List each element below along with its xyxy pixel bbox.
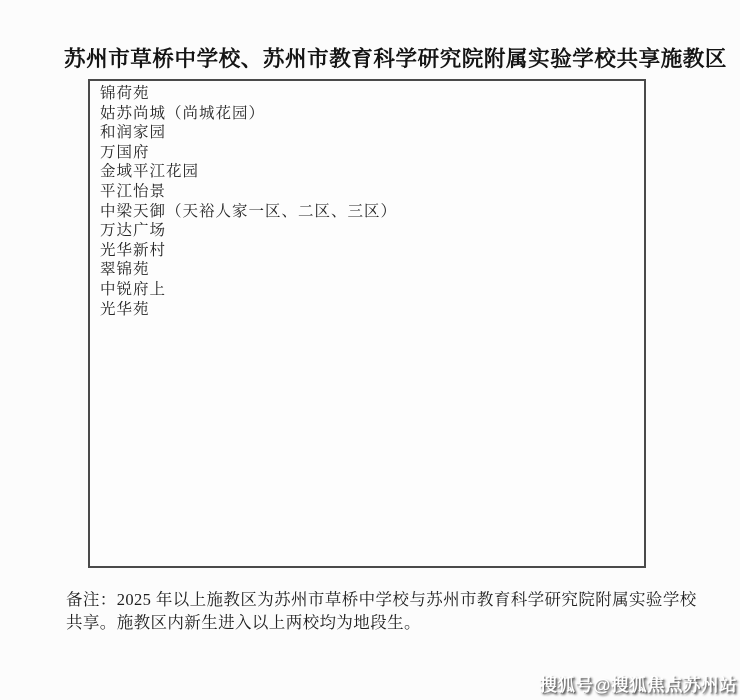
district-list-item: 光华新村 <box>100 241 634 261</box>
district-list-item: 平江怡景 <box>100 182 634 202</box>
page-title: 苏州市草桥中学校、苏州市教育科学研究院附属实验学校共享施教区 <box>64 42 740 73</box>
district-list-item: 万国府 <box>100 143 634 163</box>
district-list-item: 万达广场 <box>100 221 634 241</box>
document-page: 苏州市草桥中学校、苏州市教育科学研究院附属实验学校共享施教区 锦荷苑 姑苏尚城（… <box>0 0 740 700</box>
district-list-box: 锦荷苑 姑苏尚城（尚城花园） 和润家园 万国府 金域平江花园 平江怡景 中梁天御… <box>88 79 646 568</box>
footnote-line-2: 共享。施教区内新生进入以上两校均为地段生。 <box>66 612 706 635</box>
footnote: 备注：2025 年以上施教区为苏州市草桥中学校与苏州市教育科学研究院附属实验学校… <box>66 589 706 634</box>
district-list-item: 锦荷苑 <box>100 84 634 104</box>
district-list-item: 姑苏尚城（尚城花园） <box>100 104 634 124</box>
district-list-item: 和润家园 <box>100 123 634 143</box>
footnote-line-1: 备注：2025 年以上施教区为苏州市草桥中学校与苏州市教育科学研究院附属实验学校 <box>66 589 706 612</box>
district-list-item: 翠锦苑 <box>100 260 634 280</box>
district-list-item: 中梁天御（天裕人家一区、二区、三区） <box>100 202 634 222</box>
sohu-watermark: 搜狐号@搜狐焦点苏州站 <box>539 672 737 697</box>
district-list-item: 金域平江花园 <box>100 162 634 182</box>
district-list-item: 中锐府上 <box>100 280 634 300</box>
district-list-item: 光华苑 <box>100 300 634 320</box>
